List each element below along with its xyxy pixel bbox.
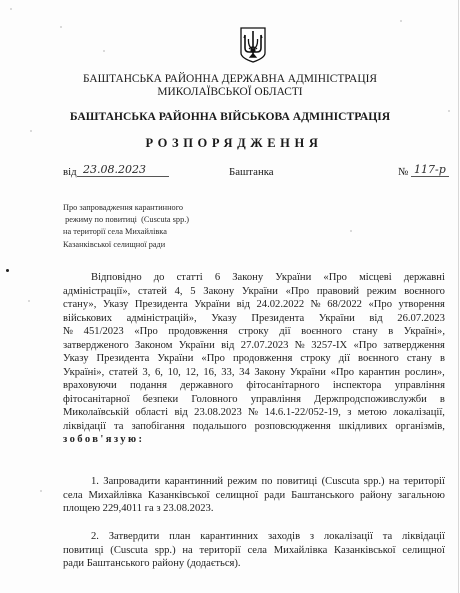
word: селищної [216, 489, 259, 503]
word: стану [407, 352, 432, 366]
word: та [114, 420, 123, 434]
word: продовження [168, 325, 227, 339]
word: території [199, 544, 240, 558]
word: Михайлівка [89, 489, 143, 503]
word: Україні», [63, 366, 104, 380]
word: 4, [175, 285, 183, 299]
word: № [63, 325, 73, 339]
word: Закону [254, 366, 285, 380]
issue-place: Баштанка [229, 166, 274, 178]
word: та [383, 530, 392, 544]
word: державного [180, 379, 233, 393]
word: Закону [232, 271, 263, 285]
word: по [261, 475, 272, 489]
subject-line: Казанківської селищної ради [63, 239, 189, 251]
word: України [194, 298, 230, 312]
word: Президента [251, 312, 304, 326]
word: карантин [359, 366, 400, 380]
word: Баштанського [291, 489, 354, 503]
word: 14.6.1-22/052-19, [265, 406, 341, 420]
word: управління [251, 393, 301, 407]
word: 12, [185, 366, 198, 380]
word: загальною [398, 489, 445, 503]
trident-coat-of-arms-icon [240, 27, 266, 63]
word: Указу [211, 312, 237, 326]
text-line: повитиці(Cuscutaspp.)натериторіїселаМиха… [63, 544, 445, 558]
word: 24.02.2022 [257, 298, 305, 312]
word: Україні», [404, 325, 445, 339]
word: Указу [63, 352, 89, 366]
word: безпеки [143, 393, 178, 407]
word: воєнного [404, 285, 445, 299]
date-label: від [63, 166, 77, 178]
word: фітосанітарної [63, 393, 130, 407]
word: дії [279, 325, 290, 339]
word: затвердженого [63, 339, 129, 353]
word: заходів [268, 530, 300, 544]
word: державні [404, 271, 445, 285]
document-page: БАШТАНСЬКА РАЙОННА ДЕРЖАВНА АДМІНІСТРАЦІ… [0, 0, 460, 593]
word: фітосанітарного [246, 379, 319, 393]
word: 33, [221, 366, 234, 380]
word: 34 [239, 366, 250, 380]
word: подальшого [193, 420, 247, 434]
word: «Про [323, 271, 347, 285]
word: адміністрацій», [127, 312, 197, 326]
word: Указу [103, 298, 129, 312]
text-line: Відповіднодостатті6ЗаконуУкраїни«Промісц… [63, 271, 445, 285]
authority-region: МИКОЛАЇВСЬКОЇ ОБЛАСТІ [0, 86, 460, 99]
text-line: ради Баштанського району (додається). [63, 557, 445, 571]
word: військових [63, 312, 112, 326]
word: розповсюдження [255, 420, 331, 434]
word: «Про [331, 366, 355, 380]
handwritten-date: 23.08.2023 [77, 162, 169, 177]
text-line: 1.Запровадитикарантиннийрежимпоповитиці(… [63, 475, 445, 489]
word: від [174, 406, 187, 420]
word: (Cuscuta [110, 544, 148, 558]
word: spp.) [155, 544, 176, 558]
word: метою [358, 406, 387, 420]
text-line: селаМихайлівкаКазанківськоїселищноїрадиБ… [63, 489, 445, 503]
word: 68/2022 [327, 298, 362, 312]
text-line: затвердженогоЗакономУкраїнивід27.07.2023… [63, 339, 445, 353]
word: ради [264, 489, 285, 503]
text-line: ліквідаціїтазапобіганняподальшогорозповс… [63, 420, 445, 434]
word: «Про [134, 325, 158, 339]
word: Законом [135, 339, 172, 353]
word: рослин», [405, 366, 445, 380]
word: строку [238, 325, 268, 339]
word: 5 [190, 285, 195, 299]
word: України [157, 352, 193, 366]
word: Держпродспоживслужби [314, 393, 427, 407]
word: 27.07.2023 [241, 339, 289, 353]
word: площею 229,4011 га з 23.08.2023. [63, 502, 214, 516]
word: 23.08.2023 [194, 406, 242, 420]
text-line: стану»,УказуПрезидентаУкраїнивід24.02.20… [63, 298, 445, 312]
word: локалізації, [393, 406, 445, 420]
subject-line: на території села Михайлівка [63, 226, 189, 238]
word: з [310, 530, 314, 544]
word: інспектора [333, 379, 381, 393]
word: в [440, 393, 445, 407]
order-point-1: 1.Запровадитикарантиннийрежимпоповитиці(… [63, 475, 445, 516]
text-line: №451/2023«Пропродовженнястрокудіївоєнног… [63, 325, 445, 339]
text-line: площею 229,4011 га з 23.08.2023. [63, 502, 445, 516]
word: 10, [168, 366, 181, 380]
word: від [221, 339, 234, 353]
word: від [237, 298, 250, 312]
word: карантинний [165, 475, 223, 489]
word: повитиці [277, 475, 318, 489]
word: області [135, 406, 168, 420]
word: 6 [215, 271, 220, 285]
subject-line: режиму по повитиці (Cuscuta spp.) [63, 214, 189, 226]
word: Закону [203, 285, 234, 299]
word: 16, [203, 366, 216, 380]
word: території [404, 475, 445, 489]
word: України [319, 312, 355, 326]
word: району [360, 489, 392, 503]
word: ліквідації [402, 530, 445, 544]
word: статей [138, 285, 167, 299]
word: строку [300, 352, 330, 366]
scan-speck [10, 8, 12, 10]
word: воєнного [358, 352, 399, 366]
text-line: Україні»,статей3,6,10,12,16,33,34ЗаконуУ… [63, 366, 445, 380]
word: враховуючи [63, 379, 117, 393]
word: подання [130, 379, 167, 393]
word: України [290, 366, 326, 380]
scan-speck [40, 490, 42, 492]
scan-speck [400, 20, 402, 22]
word: затвердження [383, 339, 445, 353]
word: на [182, 544, 192, 558]
word: адміністрації», [63, 285, 130, 299]
word: Казанківської [148, 489, 210, 503]
word: від [369, 312, 382, 326]
word: «Про [201, 352, 225, 366]
authority-name: БАШТАНСЬКА РАЙОННА ДЕРЖАВНА АДМІНІСТРАЦІ… [0, 73, 460, 86]
order-point-2: 2.Затвердитипланкарантиннихзаходівзлокал… [63, 530, 445, 571]
word: України [275, 271, 311, 285]
word: Президента [135, 298, 188, 312]
word: № [295, 339, 305, 353]
word: ліквідації [63, 420, 106, 434]
word: режим [367, 285, 397, 299]
word: 1. [91, 475, 99, 489]
handwritten-number: 117-р [411, 162, 449, 177]
word: ради Баштанського району (додається). [63, 557, 241, 571]
word: spp.) [364, 475, 385, 489]
word: селищної [402, 544, 445, 558]
word: «Про [286, 285, 310, 299]
word: № [248, 406, 258, 420]
word: план [169, 530, 190, 544]
word: на [389, 475, 399, 489]
word: 6, [155, 366, 163, 380]
preamble-paragraph: Відповіднодостатті6ЗаконуУкраїни«Промісц… [63, 271, 445, 447]
number-label: № [398, 166, 408, 178]
word: (Cuscuta [322, 475, 360, 489]
word: локалізації [324, 530, 373, 544]
word: карантинних [200, 530, 258, 544]
word: стану», [63, 298, 96, 312]
word: до [154, 271, 165, 285]
word: режим [227, 475, 257, 489]
word: 3, [142, 366, 150, 380]
word: в [440, 352, 445, 366]
word: Миколаївській [63, 406, 129, 420]
text-line: УказуПрезидентаУкраїни«Пропродовженнястр… [63, 352, 445, 366]
scan-speck [350, 230, 352, 232]
document-type-title: РОЗПОРЯДЖЕННЯ [0, 136, 460, 150]
word: організмів, [395, 420, 445, 434]
text-line: фітосанітарноїбезпекиГоловногоуправління… [63, 393, 445, 407]
word: воєнного [301, 325, 342, 339]
word: Михайлівка [274, 544, 328, 558]
word: України [179, 339, 215, 353]
text-line: 2.Затвердитипланкарантиннихзаходівзлокал… [63, 530, 445, 544]
word: управління [395, 379, 445, 393]
word: статті [177, 271, 203, 285]
military-authority-name: БАШТАНСЬКА РАЙОННА ВІЙСЬКОВА АДМІНІСТРАЦ… [0, 110, 460, 123]
word: села [247, 544, 267, 558]
word: села [63, 489, 83, 503]
word: Запровадити [103, 475, 160, 489]
text-line: враховуючиподаннядержавногофітосанітарно… [63, 379, 445, 393]
word: 2. [91, 530, 99, 544]
scan-speck [103, 50, 105, 52]
word: Затвердити [109, 530, 160, 544]
text-line: адміністрації»,статей4,5ЗаконуУкраїни«Пр… [63, 285, 445, 299]
word: статей [109, 366, 138, 380]
word: Головного [191, 393, 237, 407]
word: стану [353, 325, 378, 339]
word: повитиці [63, 544, 104, 558]
word: № [311, 298, 321, 312]
scan-speck [60, 26, 62, 28]
word: в [388, 325, 393, 339]
scan-speck [28, 300, 30, 302]
subject-line: Про запровадження карантинного [63, 202, 189, 214]
word: дії [339, 352, 350, 366]
word: шкідливих [339, 420, 388, 434]
word: «Про [354, 339, 378, 353]
word: продовження [233, 352, 292, 366]
word: України [242, 285, 278, 299]
word: «Про [368, 298, 392, 312]
word: 3257-IX [311, 339, 347, 353]
text-line: військовихадміністрацій»,УказуПрезидента… [63, 312, 445, 326]
word: 451/2023 [84, 325, 124, 339]
word: правовий [317, 285, 359, 299]
word: запобігання [131, 420, 184, 434]
scan-speck [6, 269, 9, 272]
word: Казанківської [334, 544, 396, 558]
scan-speck [30, 130, 32, 132]
document-meta-row: від 23.08.2023 Баштанка № 117-р [0, 163, 460, 181]
oblige-keyword: зобов'язую: [63, 433, 445, 447]
word: 26.07.2023 [397, 312, 445, 326]
word: з [347, 406, 351, 420]
word: Відповідно [91, 271, 142, 285]
word: утворення [399, 298, 445, 312]
word: місцеві [359, 271, 392, 285]
text-line: Миколаївськійобластівід23.08.2023№14.6.1… [63, 406, 445, 420]
document-subject: Про запровадження карантинного режиму по… [63, 202, 189, 251]
word: Президента [97, 352, 150, 366]
